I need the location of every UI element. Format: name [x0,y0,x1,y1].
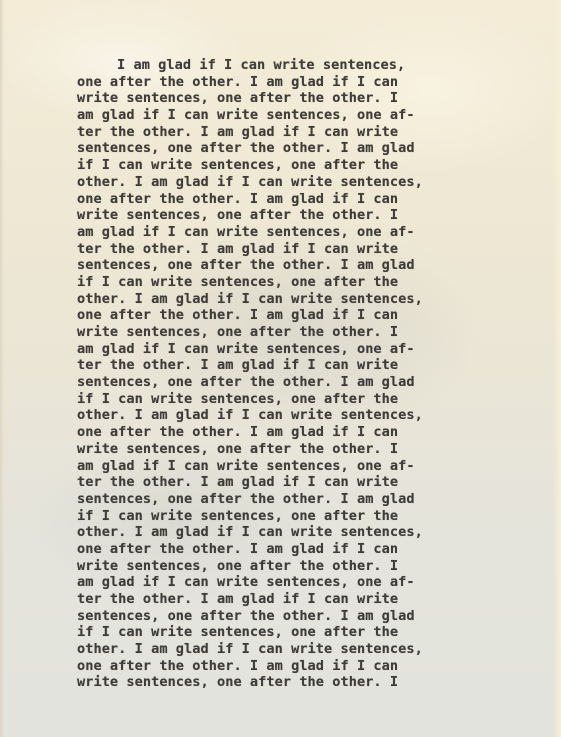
text-line: other. I am glad if I can write sentence… [77,641,423,658]
typed-text-body: I am glad if I can write sentences,one a… [77,57,423,691]
text-line: one after the other. I am glad if I can [77,541,423,558]
text-line: sentences, one after the other. I am gla… [77,140,423,157]
typewritten-page: I am glad if I can write sentences,one a… [0,0,561,737]
text-line: if I can write sentences, one after the [77,274,423,291]
text-line: am glad if I can write sentences, one af… [77,107,423,124]
text-line: one after the other. I am glad if I can [77,307,423,324]
text-line: am glad if I can write sentences, one af… [77,458,423,475]
text-line: other. I am glad if I can write sentence… [77,407,423,424]
text-line: write sentences, one after the other. I [77,674,423,691]
text-line: one after the other. I am glad if I can [77,658,423,675]
text-line: one after the other. I am glad if I can [77,424,423,441]
text-line: write sentences, one after the other. I [77,207,423,224]
text-line: ter the other. I am glad if I can write [77,474,423,491]
text-line: write sentences, one after the other. I [77,441,423,458]
text-line: write sentences, one after the other. I [77,558,423,575]
text-line: if I can write sentences, one after the [77,508,423,525]
text-line: ter the other. I am glad if I can write [77,241,423,258]
text-line: sentences, one after the other. I am gla… [77,374,423,391]
text-line: one after the other. I am glad if I can [77,74,423,91]
text-line: sentences, one after the other. I am gla… [77,608,423,625]
text-line: if I can write sentences, one after the [77,391,423,408]
text-line: am glad if I can write sentences, one af… [77,574,423,591]
text-line: if I can write sentences, one after the [77,157,423,174]
text-line: ter the other. I am glad if I can write [77,357,423,374]
text-line: ter the other. I am glad if I can write [77,591,423,608]
text-line: sentences, one after the other. I am gla… [77,491,423,508]
text-line: if I can write sentences, one after the [77,624,423,641]
text-line: other. I am glad if I can write sentence… [77,524,423,541]
text-line: ter the other. I am glad if I can write [77,124,423,141]
text-line: write sentences, one after the other. I [77,324,423,341]
text-line: am glad if I can write sentences, one af… [77,341,423,358]
text-line: other. I am glad if I can write sentence… [77,291,423,308]
text-line: write sentences, one after the other. I [77,90,423,107]
text-line: am glad if I can write sentences, one af… [77,224,423,241]
text-line: I am glad if I can write sentences, [77,57,423,74]
text-line: other. I am glad if I can write sentence… [77,174,423,191]
text-line: sentences, one after the other. I am gla… [77,257,423,274]
text-line: one after the other. I am glad if I can [77,191,423,208]
